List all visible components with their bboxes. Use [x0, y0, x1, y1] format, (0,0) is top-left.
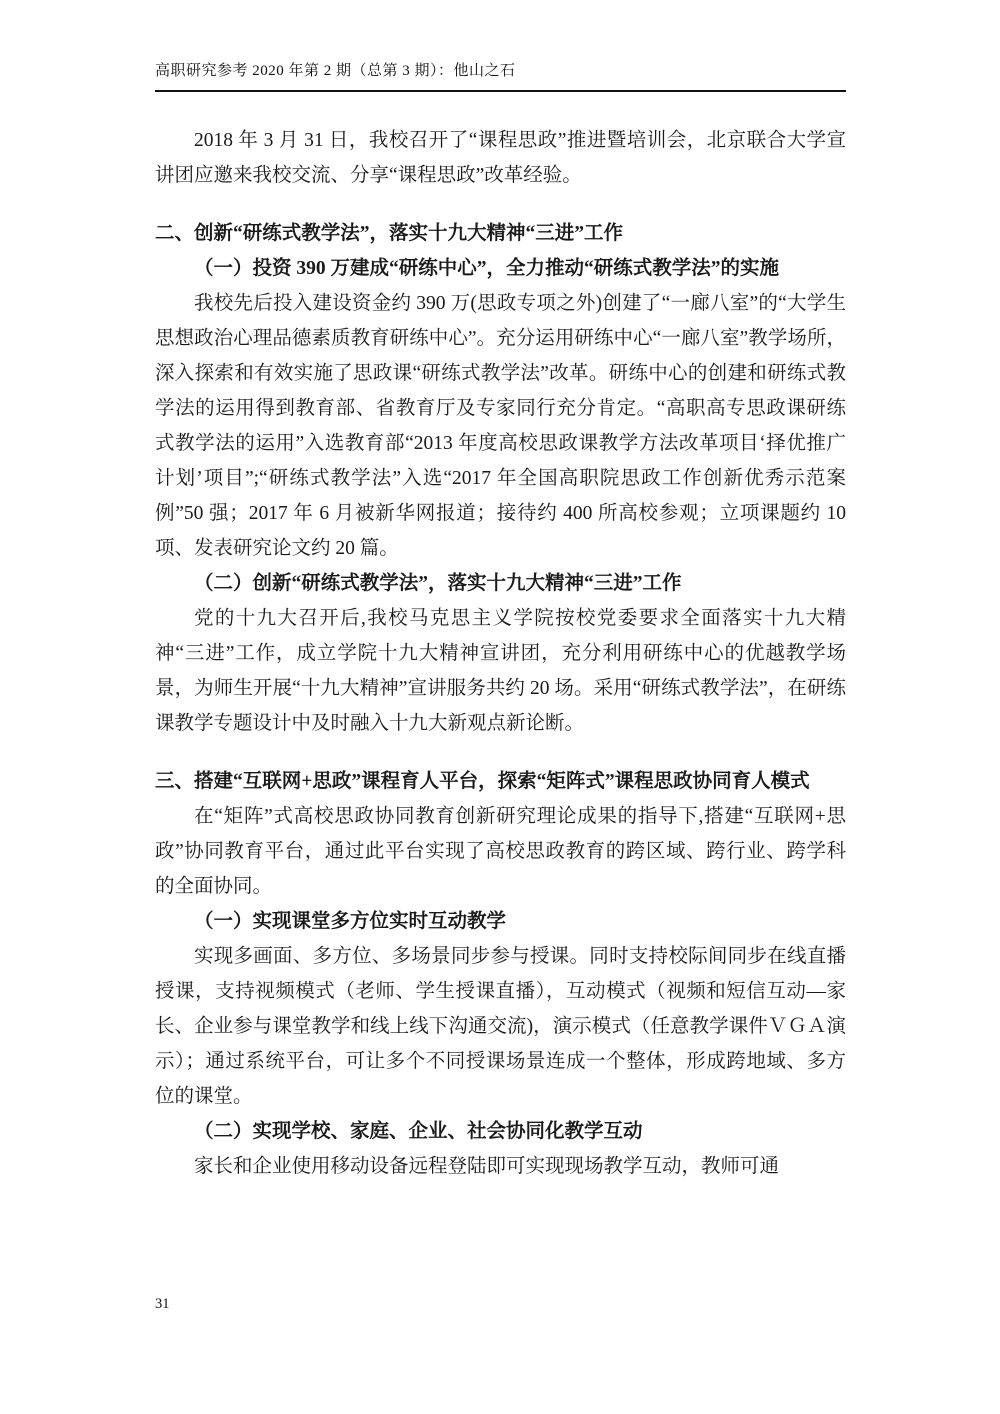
paragraph-intro: 2018 年 3 月 31 日，我校召开了“课程思政”推进暨培训会，北京联合大学… — [155, 123, 846, 193]
section-heading-3: 三、搭建“互联网+思政”课程育人平台，探索“矩阵式”课程思政协同育人模式 — [155, 764, 846, 799]
page-number: 31 — [155, 1296, 170, 1313]
document-body: 2018 年 3 月 31 日，我校召开了“课程思政”推进暨培训会，北京联合大学… — [155, 123, 846, 1184]
subsection-heading-3-2: （二）实现学校、家庭、企业、社会协同化教学互动 — [155, 1114, 846, 1149]
paragraph-matrix-platform: 在“矩阵”式高校思政协同教育创新研究理论成果的指导下,搭建“互联网+思政”协同教… — [155, 799, 846, 904]
header-divider-line — [155, 90, 846, 92]
subsection-heading-3-1: （一）实现课堂多方位实时互动教学 — [155, 904, 846, 939]
paragraph-research-center: 我校先后投入建设资金约 390 万(思政专项之外)创建了“一廊八室”的“大学生思… — [155, 286, 846, 566]
section-heading-2: 二、创新“研练式教学法”，落实十九大精神“三进”工作 — [155, 216, 846, 251]
subsection-heading-2-2: （二）创新“研练式教学法”，落实十九大精神“三进”工作 — [155, 566, 846, 601]
page-header-title: 高职研究参考 2020 年第 2 期（总第 3 期）：他山之石 — [155, 60, 845, 82]
paragraph-19th-congress: 党的十九大召开后,我校马克思主义学院按校党委要求全面落实十九大精神“三进”工作，… — [155, 601, 846, 741]
subsection-heading-2-1: （一）投资 390 万建成“研练中心”，全力推动“研练式教学法”的实施 — [155, 251, 846, 286]
paragraph-live-teaching: 实现多画面、多方位、多场景同步参与授课。同时支持校际间同步在线直播授课，支持视频… — [155, 939, 846, 1114]
paragraph-remote-interaction: 家长和企业使用移动设备远程登陆即可实现现场教学互动，教师可通 — [155, 1149, 846, 1184]
document-page: 高职研究参考 2020 年第 2 期（总第 3 期）：他山之石 2018 年 3… — [0, 0, 1000, 1414]
